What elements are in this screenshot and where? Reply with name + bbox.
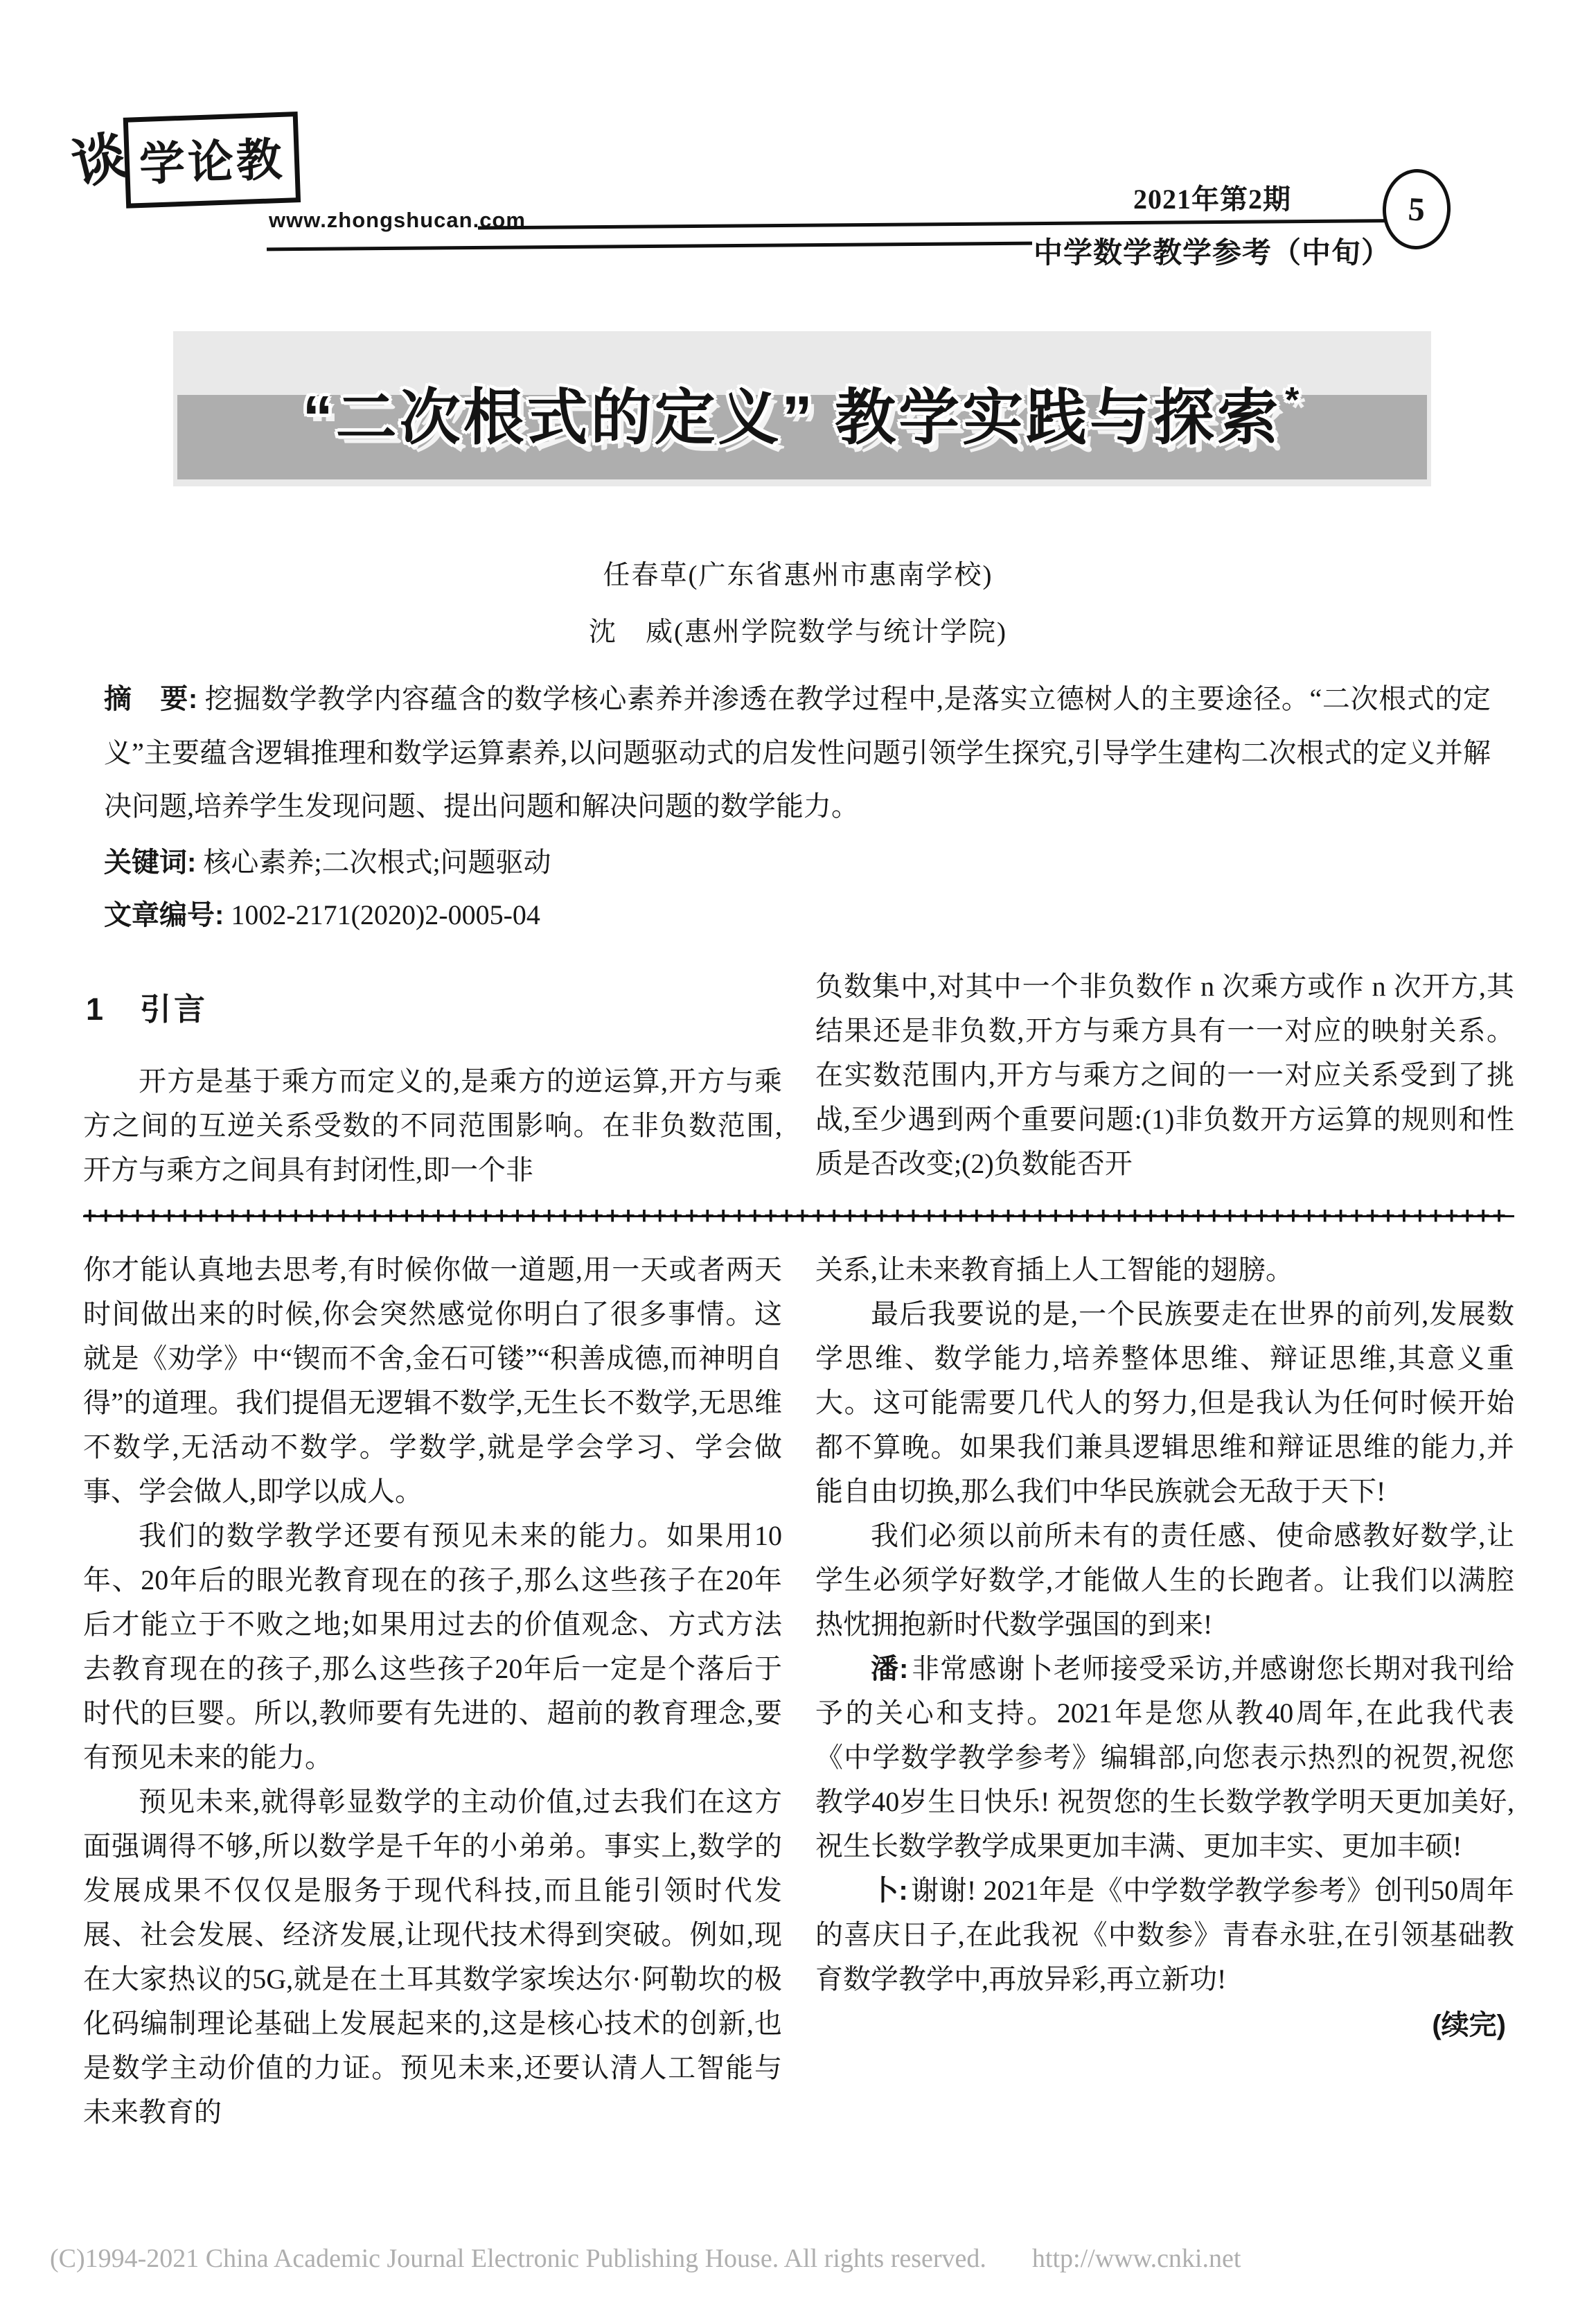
paragraph: 我们必须以前所未有的责任感、使命感教好数学,让学生必须学好数学,才能做人生的长跑… <box>815 1514 1514 1647</box>
article-title-text: “二次根式的定义” 教学实践与探索 <box>303 383 1281 452</box>
intro-right-paragraph: 负数集中,对其中一个非负数作 n 次乘方或作 n 次开方,其结果还是非负数,开方… <box>815 964 1514 1186</box>
article-body: 1 引言 开方是基于乘方而定义的,是乘方的逆运算,开方与乘方之间的互逆关系受数的… <box>83 964 1514 2135</box>
speaker-label: 卜: <box>871 1875 908 1906</box>
paragraph: 预见未来,就得彰显数学的主动价值,过去我们在这方面强调得不够,所以数学是千年的小… <box>83 1780 782 2135</box>
issue-label: 2021年第2期 <box>1039 177 1385 217</box>
article-title: “二次根式的定义” 教学实践与探索* <box>173 331 1431 477</box>
paragraph: 你才能认真地去思考,有时候你做一道题,用一天或者两天时间做出来的时候,你会突然感… <box>83 1248 782 1514</box>
paragraph: 卜:谢谢! 2021年是《中学数学教学参考》创刊50周年的喜庆日子,在此我祝《中… <box>815 1869 1514 2002</box>
article-number-value: 1002-2171(2020)2-0005-04 <box>231 899 540 930</box>
footer-url: http://www.cnki.net <box>1032 2243 1241 2274</box>
article-number-label: 文章编号: <box>104 900 224 930</box>
continuation-right-column: 关系,让未来教育插上人工智能的翅膀。 最后我要说的是,一个民族要走在世界的前列,… <box>815 1248 1514 2135</box>
intro-right-column: 负数集中,对其中一个非负数作 n 次乘方或作 n 次开方,其结果还是非负数,开方… <box>815 964 1514 1192</box>
speaker-label: 潘: <box>871 1654 908 1684</box>
header-rule-top <box>478 219 1444 230</box>
intro-left-column: 1 引言 开方是基于乘方而定义的,是乘方的逆运算,开方与乘方之间的互逆关系受数的… <box>83 964 782 1192</box>
header-rule-bottom <box>267 242 1032 251</box>
abstract-text: 挖掘数学教学内容蕴含的数学核心素养并渗透在教学过程中,是落实立德树人的主要途径。… <box>104 683 1491 822</box>
copyright-text: (C)1994-2021 China Academic Journal Elec… <box>50 2243 986 2274</box>
intro-left-paragraph: 开方是基于乘方而定义的,是乘方的逆运算,开方与乘方之间的互逆关系受数的不同范围影… <box>83 1059 782 1192</box>
keywords-line: 关键词:核心素养;二次根式;问题驱动 <box>104 840 1491 885</box>
author-line-2: 沈 威(惠州学院数学与统计学院) <box>0 604 1596 661</box>
paragraph: 潘:非常感谢卜老师接受采访,并感谢您长期对我刊给予的关心和支持。2021年是您从… <box>815 1647 1514 1869</box>
keywords-text: 核心素养;二次根式;问题驱动 <box>203 847 551 878</box>
paragraph: 关系,让未来教育插上人工智能的翅膀。 <box>815 1248 1514 1292</box>
journal-logo: 谈学论教 <box>71 109 302 215</box>
page-footer: (C)1994-2021 China Academic Journal Elec… <box>50 2243 1554 2274</box>
journal-name: 中学数学教学参考（中旬） <box>994 230 1430 272</box>
page-number: 5 <box>1408 190 1426 229</box>
page-header: 谈学论教 www.zhongshucan.com 2021年第2期 中学数学教学… <box>0 0 1596 298</box>
section-divider: ++++++++++++++++++++++++++++++++++++++++… <box>83 1202 1514 1230</box>
author-block: 任春草(广东省惠州市惠南学校) 沈 威(惠州学院数学与统计学院) <box>0 547 1596 661</box>
section-heading: 1 引言 <box>86 984 782 1029</box>
end-mark: (续完) <box>815 2003 1514 2047</box>
author-line-1: 任春草(广东省惠州市惠南学校) <box>0 547 1596 604</box>
abstract-block: 摘 要:挖掘数学教学内容蕴含的数学核心素养并渗透在教学过程中,是落实立德树人的主… <box>104 672 1491 938</box>
paragraph: 最后我要说的是,一个民族要走在世界的前列,发展数学思维、数学能力,培养整体思维、… <box>815 1292 1514 1514</box>
logo-box: 学论教 <box>123 112 301 209</box>
continuation-section: 你才能认真地去思考,有时候你做一道题,用一天或者两天时间做出来的时候,你会突然感… <box>83 1248 1514 2135</box>
continuation-left-column: 你才能认真地去思考,有时候你做一道题,用一天或者两天时间做出来的时候,你会突然感… <box>83 1248 782 2135</box>
article-number-line: 文章编号:1002-2171(2020)2-0005-04 <box>104 892 1491 938</box>
paragraph: 我们的数学教学还要有预见未来的能力。如果用10年、20年后的眼光教育现在的孩子,… <box>83 1514 782 1780</box>
journal-page: 谈学论教 www.zhongshucan.com 2021年第2期 中学数学教学… <box>0 0 1596 2305</box>
paragraph-text: 非常感谢卜老师接受采访,并感谢您长期对我刊给予的关心和支持。2021年是您从教4… <box>815 1653 1514 1862</box>
abstract: 摘 要:挖掘数学教学内容蕴含的数学核心素养并渗透在教学过程中,是落实立德树人的主… <box>104 672 1491 833</box>
title-footnote-mark: * <box>1285 380 1302 421</box>
paragraph-text: 谢谢! 2021年是《中学数学教学参考》创刊50周年的喜庆日子,在此我祝《中数参… <box>815 1875 1514 1995</box>
divider-pattern: ++++++++++++++++++++++++++++++++++++++++… <box>83 1203 1508 1229</box>
abstract-label: 摘 要: <box>104 684 197 714</box>
intro-section: 1 引言 开方是基于乘方而定义的,是乘方的逆运算,开方与乘方之间的互逆关系受数的… <box>83 964 1514 1192</box>
keywords-label: 关键词: <box>104 847 196 878</box>
title-banner: “二次根式的定义” 教学实践与探索* <box>173 331 1431 486</box>
